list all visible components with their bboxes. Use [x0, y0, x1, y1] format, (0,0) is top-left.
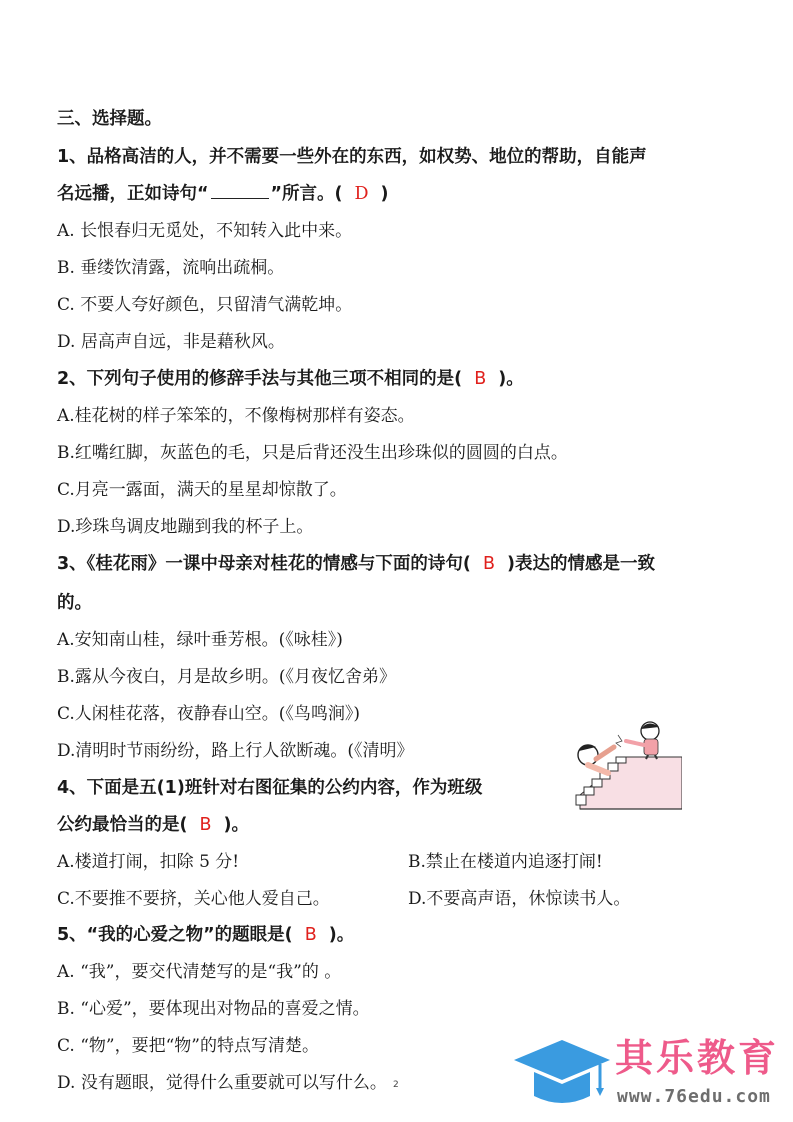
q5-option-b: B. “心爱”，要体现出对物品的喜爱之情。 — [57, 998, 370, 1020]
q2-stem-pre: 2、下列句子使用的修辞手法与其他三项不相同的是( — [57, 369, 462, 389]
q3-option-b: B.露从今夜白，月是故乡明。(《月夜忆舍弟》 — [57, 666, 396, 688]
q1-stem-post: ”所言。( — [271, 184, 343, 204]
q4-stem-line2: 公约最恰当的是(B)。 — [57, 814, 249, 836]
q5-option-d: D. 没有题眼，觉得什么重要就可以写什么。 — [57, 1072, 387, 1094]
q4-option-d: D.不要高声语，休惊读书人。 — [408, 888, 630, 910]
q1-answer: D — [343, 184, 381, 204]
worksheet-page: 三、选择题。 1、品格高洁的人，并不需要一些外在的东西，如权势、地位的帮助，自能… — [0, 0, 793, 1122]
q4-option-c: C.不要推不要挤，关心他人爱自己。 — [57, 888, 330, 910]
watermark-logo: 其乐教育 www.76edu.com — [512, 1036, 787, 1116]
q1-stem-pre: 名远播，正如诗句“ — [57, 184, 209, 204]
q2-option-c: C.月亮一露面，满天的星星却惊散了。 — [57, 479, 347, 501]
q4-stem-line1: 4、下面是五(1)班针对右图征集的公约内容，作为班级 — [57, 777, 482, 799]
q5-answer: B — [293, 925, 329, 945]
q1-option-a: A. 长恨春归无觅处，不知转入此中来。 — [57, 220, 352, 242]
q3-option-c: C.人闲桂花落，夜静春山空。(《鸟鸣涧》) — [57, 703, 360, 725]
graduation-cap-icon — [512, 1038, 612, 1108]
q5-option-c: C. “物”，要把“物”的特点写清楚。 — [57, 1035, 319, 1057]
q3-answer: B — [471, 554, 507, 574]
q1-option-d: D. 居高声自远，非是藉秋风。 — [57, 331, 285, 353]
q5-option-a: A. “我”，要交代清楚写的是“我”的 。 — [57, 961, 341, 983]
q2-option-d: D.珍珠鸟调皮地蹦到我的杯子上。 — [57, 516, 313, 538]
q1-stem-line1: 1、品格高洁的人，并不需要一些外在的东西，如权势、地位的帮助，自能声 — [57, 146, 647, 168]
q5-stem-post: )。 — [329, 925, 355, 945]
q1-close: ) — [381, 184, 389, 204]
q4-option-b: B.禁止在楼道内追逐打闹! — [408, 851, 603, 873]
watermark-title: 其乐教育 — [615, 1036, 779, 1080]
q5-stem: 5、“我的心爱之物”的题眼是(B)。 — [57, 924, 354, 946]
q1-fill-blank — [211, 184, 269, 199]
q3-stem: 3、《桂花雨》一课中母亲对桂花的情感与下面的诗句(B)表达的情感是一致 — [57, 553, 655, 575]
q1-option-c: C. 不要人夸好颜色，只留清气满乾坤。 — [57, 294, 352, 316]
q1-option-b: B. 垂缕饮清露，流响出疏桐。 — [57, 257, 284, 279]
q2-option-b: B.红嘴红脚，灰蓝色的毛，只是后背还没生出珍珠似的圆圆的白点。 — [57, 442, 568, 464]
q2-stem-post: )。 — [498, 369, 524, 389]
q4-stem-post: )。 — [224, 815, 250, 835]
q2-option-a: A.桂花树的样子笨笨的，不像梅树那样有姿态。 — [57, 405, 415, 427]
q4-option-a: A.楼道打闹，扣除 5 分! — [57, 851, 239, 873]
q2-answer: B — [462, 369, 498, 389]
q3-option-d: D.清明时节雨纷纷，路上行人欲断魂。(《清明》 — [57, 740, 414, 762]
watermark-url: www.76edu.com — [617, 1086, 771, 1107]
q3-stem-line2: 的。 — [57, 592, 92, 614]
q3-option-a: A.安知南山桂，绿叶垂芳根。(《咏桂》) — [57, 629, 343, 651]
q4-stem-pre: 公约最恰当的是( — [57, 815, 188, 835]
stairs-illustration — [566, 717, 682, 813]
q3-stem-post: )表达的情感是一致 — [507, 554, 655, 574]
q3-stem-pre: 3、《桂花雨》一课中母亲对桂花的情感与下面的诗句( — [57, 554, 471, 574]
section-title: 三、选择题。 — [57, 108, 162, 130]
q2-stem: 2、下列句子使用的修辞手法与其他三项不相同的是(B)。 — [57, 368, 524, 390]
q5-stem-pre: 5、“我的心爱之物”的题眼是( — [57, 925, 293, 945]
page-number: 2 — [393, 1080, 399, 1090]
q4-answer: B — [188, 815, 224, 835]
q1-stem-line2: 名远播，正如诗句“”所言。(D) — [57, 183, 389, 205]
